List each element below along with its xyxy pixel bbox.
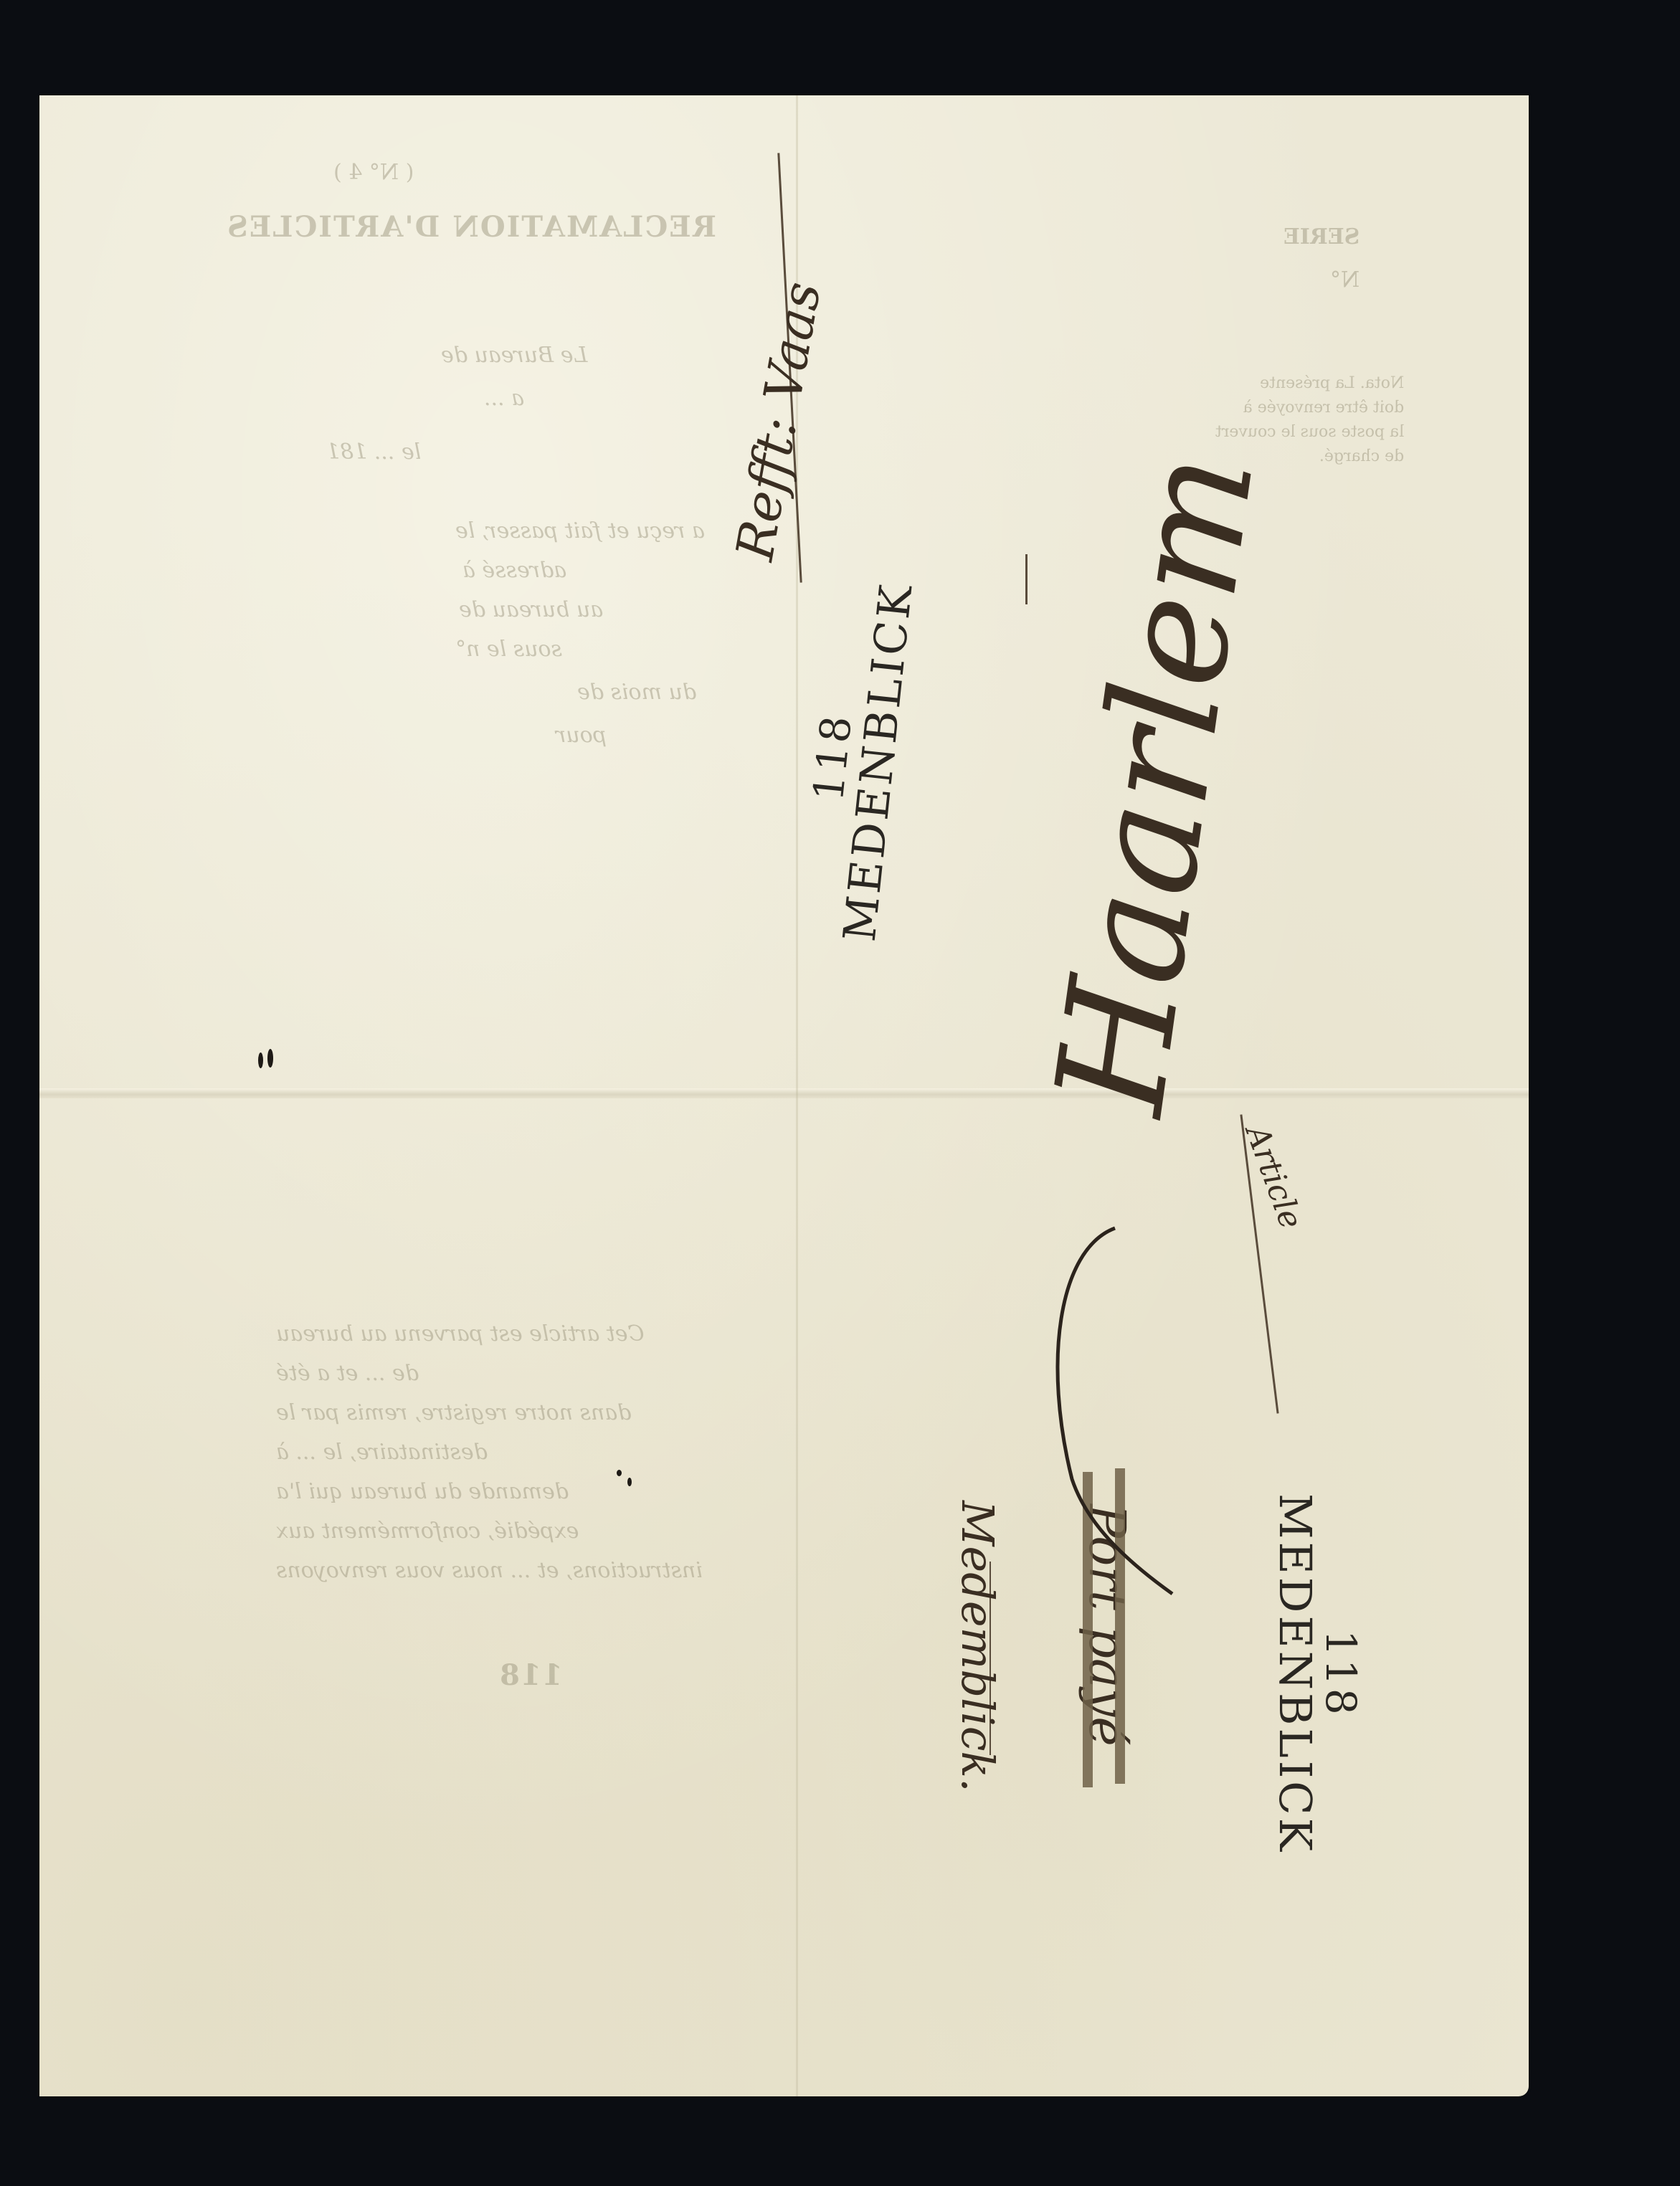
- postmark-city: MEDENBLICK: [1272, 1493, 1319, 1854]
- bleed-form-title: RECLAMATION D'ARTICLES: [226, 210, 716, 244]
- bleed-lower-line: demande du bureau qui l'a: [276, 1479, 569, 1504]
- postmark-number: 118: [1319, 1493, 1362, 1854]
- bleed-lower-line: destinataire, le ... à: [276, 1440, 488, 1465]
- ink-blot: [617, 1470, 622, 1476]
- bleed-line: a ...: [484, 386, 524, 411]
- bleed-lower-line: expédié, conformément aux: [276, 1519, 579, 1544]
- bleed-lower-line: dans notre registre, remis par le: [276, 1400, 631, 1425]
- ruled-dash: [1025, 554, 1028, 604]
- ink-blot: [627, 1478, 632, 1486]
- bleed-line: pour: [556, 723, 607, 748]
- ink-blot: [258, 1052, 263, 1068]
- pen-flourish: [1029, 1221, 1244, 1622]
- bleed-line: au bureau de: [459, 597, 603, 622]
- document-paper: ( N° 4 ) RECLAMATION D'ARTICLES Le Burea…: [39, 95, 1529, 2096]
- bleed-line: le ... 181: [326, 439, 421, 465]
- bleed-lower-line: instructions, et ... nous vous renvoyons: [276, 1558, 703, 1583]
- bleed-line: sous le n°: [455, 637, 562, 662]
- handwritten-destination: Haarlem: [1022, 442, 1288, 1123]
- bleed-margin-header: SERIE: [1283, 224, 1359, 250]
- bleed-line: adressé à: [462, 558, 566, 583]
- postmark-upper: 118 MEDENBLICK: [792, 576, 920, 944]
- handwritten-annotation: Refft: Vaas: [724, 277, 832, 565]
- bleed-lower-stamp: 118: [498, 1658, 563, 1692]
- bleed-line: du mois de: [577, 680, 696, 705]
- bleed-margin-note: Nota. La présente doit être renvoyée à l…: [1215, 371, 1404, 469]
- ink-blot: [267, 1049, 273, 1068]
- bleed-form-number: ( N° 4 ): [333, 160, 414, 185]
- handwritten-place: Medemblick.: [951, 1501, 1004, 1792]
- horizontal-fold: [39, 1088, 1529, 1098]
- bleed-margin-sub: N°: [1330, 267, 1359, 293]
- bleed-line: a reçu et fait passer, le: [455, 518, 705, 543]
- bleed-lower-line: Cet article est parvenu au bureau: [276, 1321, 645, 1346]
- bleed-lower-line: de ... et a été: [276, 1361, 419, 1386]
- postmark-lower: 118 MEDENBLICK: [1272, 1493, 1362, 1854]
- bleed-line: Le Bureau de: [441, 343, 587, 368]
